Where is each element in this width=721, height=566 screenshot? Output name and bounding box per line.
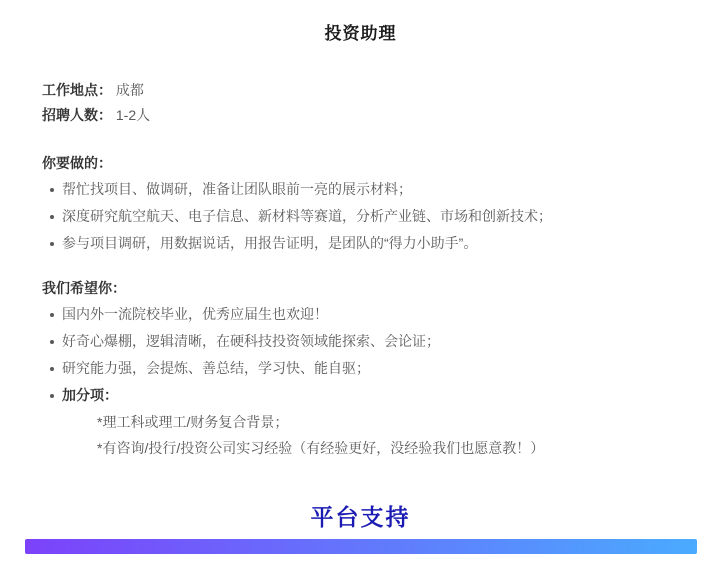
platform-support-footer: 平台支持 bbox=[0, 505, 721, 554]
location-label: 工作地点： bbox=[42, 82, 112, 98]
job-posting-content: 工作地点： 成都 招聘人数： 1-2人 你要做的： 帮忙找项目、做调研，准备让团… bbox=[0, 78, 721, 457]
location-value: 成都 bbox=[116, 82, 144, 98]
bullet-item: 研究能力强，会提炼、善总结，学习快、能自驱； bbox=[62, 360, 681, 377]
requirements-list: 国内外一流院校毕业，优秀应届生也欢迎！好奇心爆棚，逻辑清晰，在硬科技投资领域能探… bbox=[42, 306, 681, 404]
bullet-item: 好奇心爆棚，逻辑清晰，在硬科技投资领域能探索、会论证； bbox=[62, 333, 681, 350]
info-row-headcount: 招聘人数： 1-2人 bbox=[42, 103, 681, 128]
bullet-item: 帮忙找项目、做调研，准备让团队眼前一亮的展示材料； bbox=[62, 181, 681, 198]
info-row-location: 工作地点： 成都 bbox=[42, 78, 681, 103]
headcount-value: 1-2人 bbox=[116, 107, 150, 123]
platform-title: 平台支持 bbox=[0, 505, 721, 529]
bullet-item: 国内外一流院校毕业，优秀应届生也欢迎！ bbox=[62, 306, 681, 323]
bullet-item: 参与项目调研，用数据说话，用报告证明，是团队的“得力小助手”。 bbox=[62, 235, 681, 252]
bullet-item-bold: 加分项： bbox=[62, 387, 681, 404]
headcount-label: 招聘人数： bbox=[42, 107, 112, 123]
gradient-divider-bar bbox=[25, 539, 697, 554]
sub-item: *有咨询/投行/投资公司实习经验（有经验更好，没经验我们也愿意教！） bbox=[97, 440, 681, 457]
bullet-item: 深度研究航空航天、电子信息、新材料等赛道，分析产业链、市场和创新技术； bbox=[62, 208, 681, 225]
responsibilities-list: 帮忙找项目、做调研，准备让团队眼前一亮的展示材料；深度研究航空航天、电子信息、新… bbox=[42, 181, 681, 252]
section-requirements: 我们希望你： 国内外一流院校毕业，优秀应届生也欢迎！好奇心爆棚，逻辑清晰，在硬科… bbox=[42, 280, 681, 457]
section-heading-responsibilities: 你要做的： bbox=[42, 155, 681, 172]
section-responsibilities: 你要做的： 帮忙找项目、做调研，准备让团队眼前一亮的展示材料；深度研究航空航天、… bbox=[42, 155, 681, 252]
requirements-subitems: *理工科或理工/财务复合背景；*有咨询/投行/投资公司实习经验（有经验更好，没经… bbox=[97, 414, 681, 457]
job-posting-page: 投资助理 工作地点： 成都 招聘人数： 1-2人 你要做的： 帮忙找项目、做调研… bbox=[0, 0, 721, 566]
page-title: 投资助理 bbox=[0, 0, 721, 44]
sub-item: *理工科或理工/财务复合背景； bbox=[97, 414, 681, 431]
section-heading-requirements: 我们希望你： bbox=[42, 280, 681, 297]
job-info: 工作地点： 成都 招聘人数： 1-2人 bbox=[42, 78, 681, 128]
